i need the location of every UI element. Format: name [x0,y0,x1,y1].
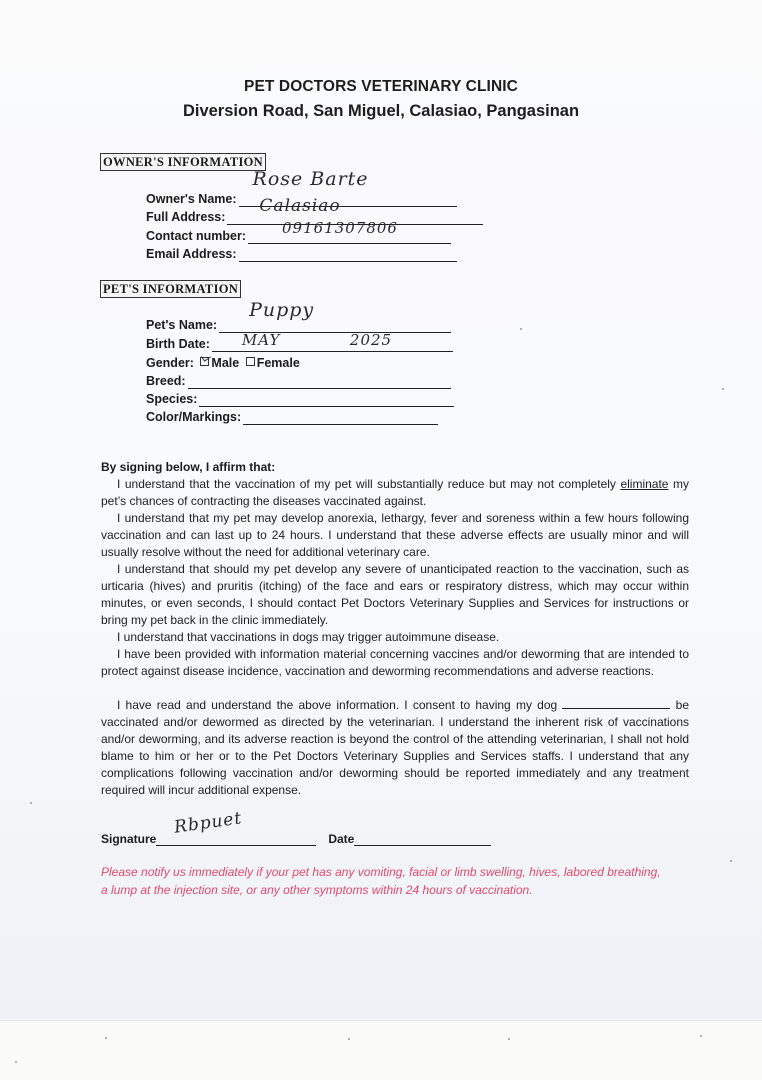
male-checkbox[interactable] [200,357,209,366]
owner-name-label: Owner's Name: [146,191,237,207]
color-markings-field[interactable]: Color/Markings: [146,409,438,425]
scan-speck [348,1038,350,1040]
pet-name-value: Puppy [249,302,314,318]
clinic-name: PET DOCTORS VETERINARY CLINIC [0,78,762,96]
dog-name-blank[interactable] [562,698,670,709]
species-label: Species: [146,391,197,407]
affirmation-paragraph-2: I understand that my pet may develop ano… [101,510,689,561]
male-option-label: Male [211,356,239,370]
notice-text: Please notify us immediately if your pet… [101,863,661,899]
breed-line[interactable] [188,375,451,389]
birth-month-value: MAY [242,332,281,348]
scan-speck [722,388,724,390]
contact-number-line[interactable]: 09161307806 [248,230,451,244]
contact-number-field[interactable]: Contact number: 09161307806 [146,228,451,244]
signature-label: Signature [101,832,156,846]
scan-bottom-margin [0,1020,762,1080]
birth-year-value: 2025 [350,332,392,348]
color-markings-line[interactable] [243,411,438,425]
date-line[interactable] [354,833,491,846]
signature-line[interactable]: Rbpuet [156,833,316,846]
contact-number-label: Contact number: [146,228,246,244]
gender-field: Gender: Male Female [146,355,300,371]
pet-name-label: Pet's Name: [146,317,217,333]
full-address-value: Calasiao [259,198,340,214]
underlined-word: eliminate [620,477,668,491]
owner-name-value: Rose Barte [253,171,369,187]
female-checkbox[interactable] [246,357,255,366]
email-line[interactable] [239,248,457,262]
scan-speck [15,1061,17,1063]
owner-section-heading: OWNER'S INFORMATION [100,153,266,171]
birth-date-line[interactable]: MAY 2025 [212,338,453,352]
pet-section-heading: PET'S INFORMATION [100,280,241,298]
species-field[interactable]: Species: [146,391,454,407]
signature-row: Signature Rbpuet Date [101,832,491,846]
scan-speck [105,1037,107,1039]
scan-speck [520,328,522,330]
scan-speck [30,802,32,804]
clinic-address: Diversion Road, San Miguel, Calasiao, Pa… [0,102,762,121]
scan-speck [508,1038,510,1040]
color-markings-label: Color/Markings: [146,409,241,425]
signature-value: Rbpuet [173,808,244,837]
email-label: Email Address: [146,246,237,262]
gender-label: Gender: [146,356,194,370]
affirmation-paragraph-4: I understand that vaccinations in dogs m… [101,629,689,646]
date-label: Date [328,832,354,846]
contact-number-value: 09161307806 [282,220,398,236]
email-field[interactable]: Email Address: [146,246,457,262]
scan-speck [700,1035,702,1037]
species-line[interactable] [199,393,454,407]
pet-name-field[interactable]: Pet's Name: Puppy [146,317,451,333]
birth-date-label: Birth Date: [146,336,210,352]
affirmation-paragraph-3: I understand that should my pet develop … [101,561,689,629]
affirmation-heading: By signing below, I affirm that: [101,460,275,474]
scan-speck [730,860,732,862]
breed-field[interactable]: Breed: [146,373,451,389]
full-address-label: Full Address: [146,209,225,225]
breed-label: Breed: [146,373,186,389]
affirmation-paragraph-6: I have read and understand the above inf… [101,697,689,799]
female-option-label: Female [257,356,300,370]
affirmation-paragraph-5: I have been provided with information ma… [101,646,689,680]
scanned-form-page: PET DOCTORS VETERINARY CLINIC Diversion … [0,0,762,1020]
affirmation-paragraph-1: I understand that the vaccination of my … [101,476,689,510]
birth-date-field[interactable]: Birth Date: MAY 2025 [146,336,453,352]
